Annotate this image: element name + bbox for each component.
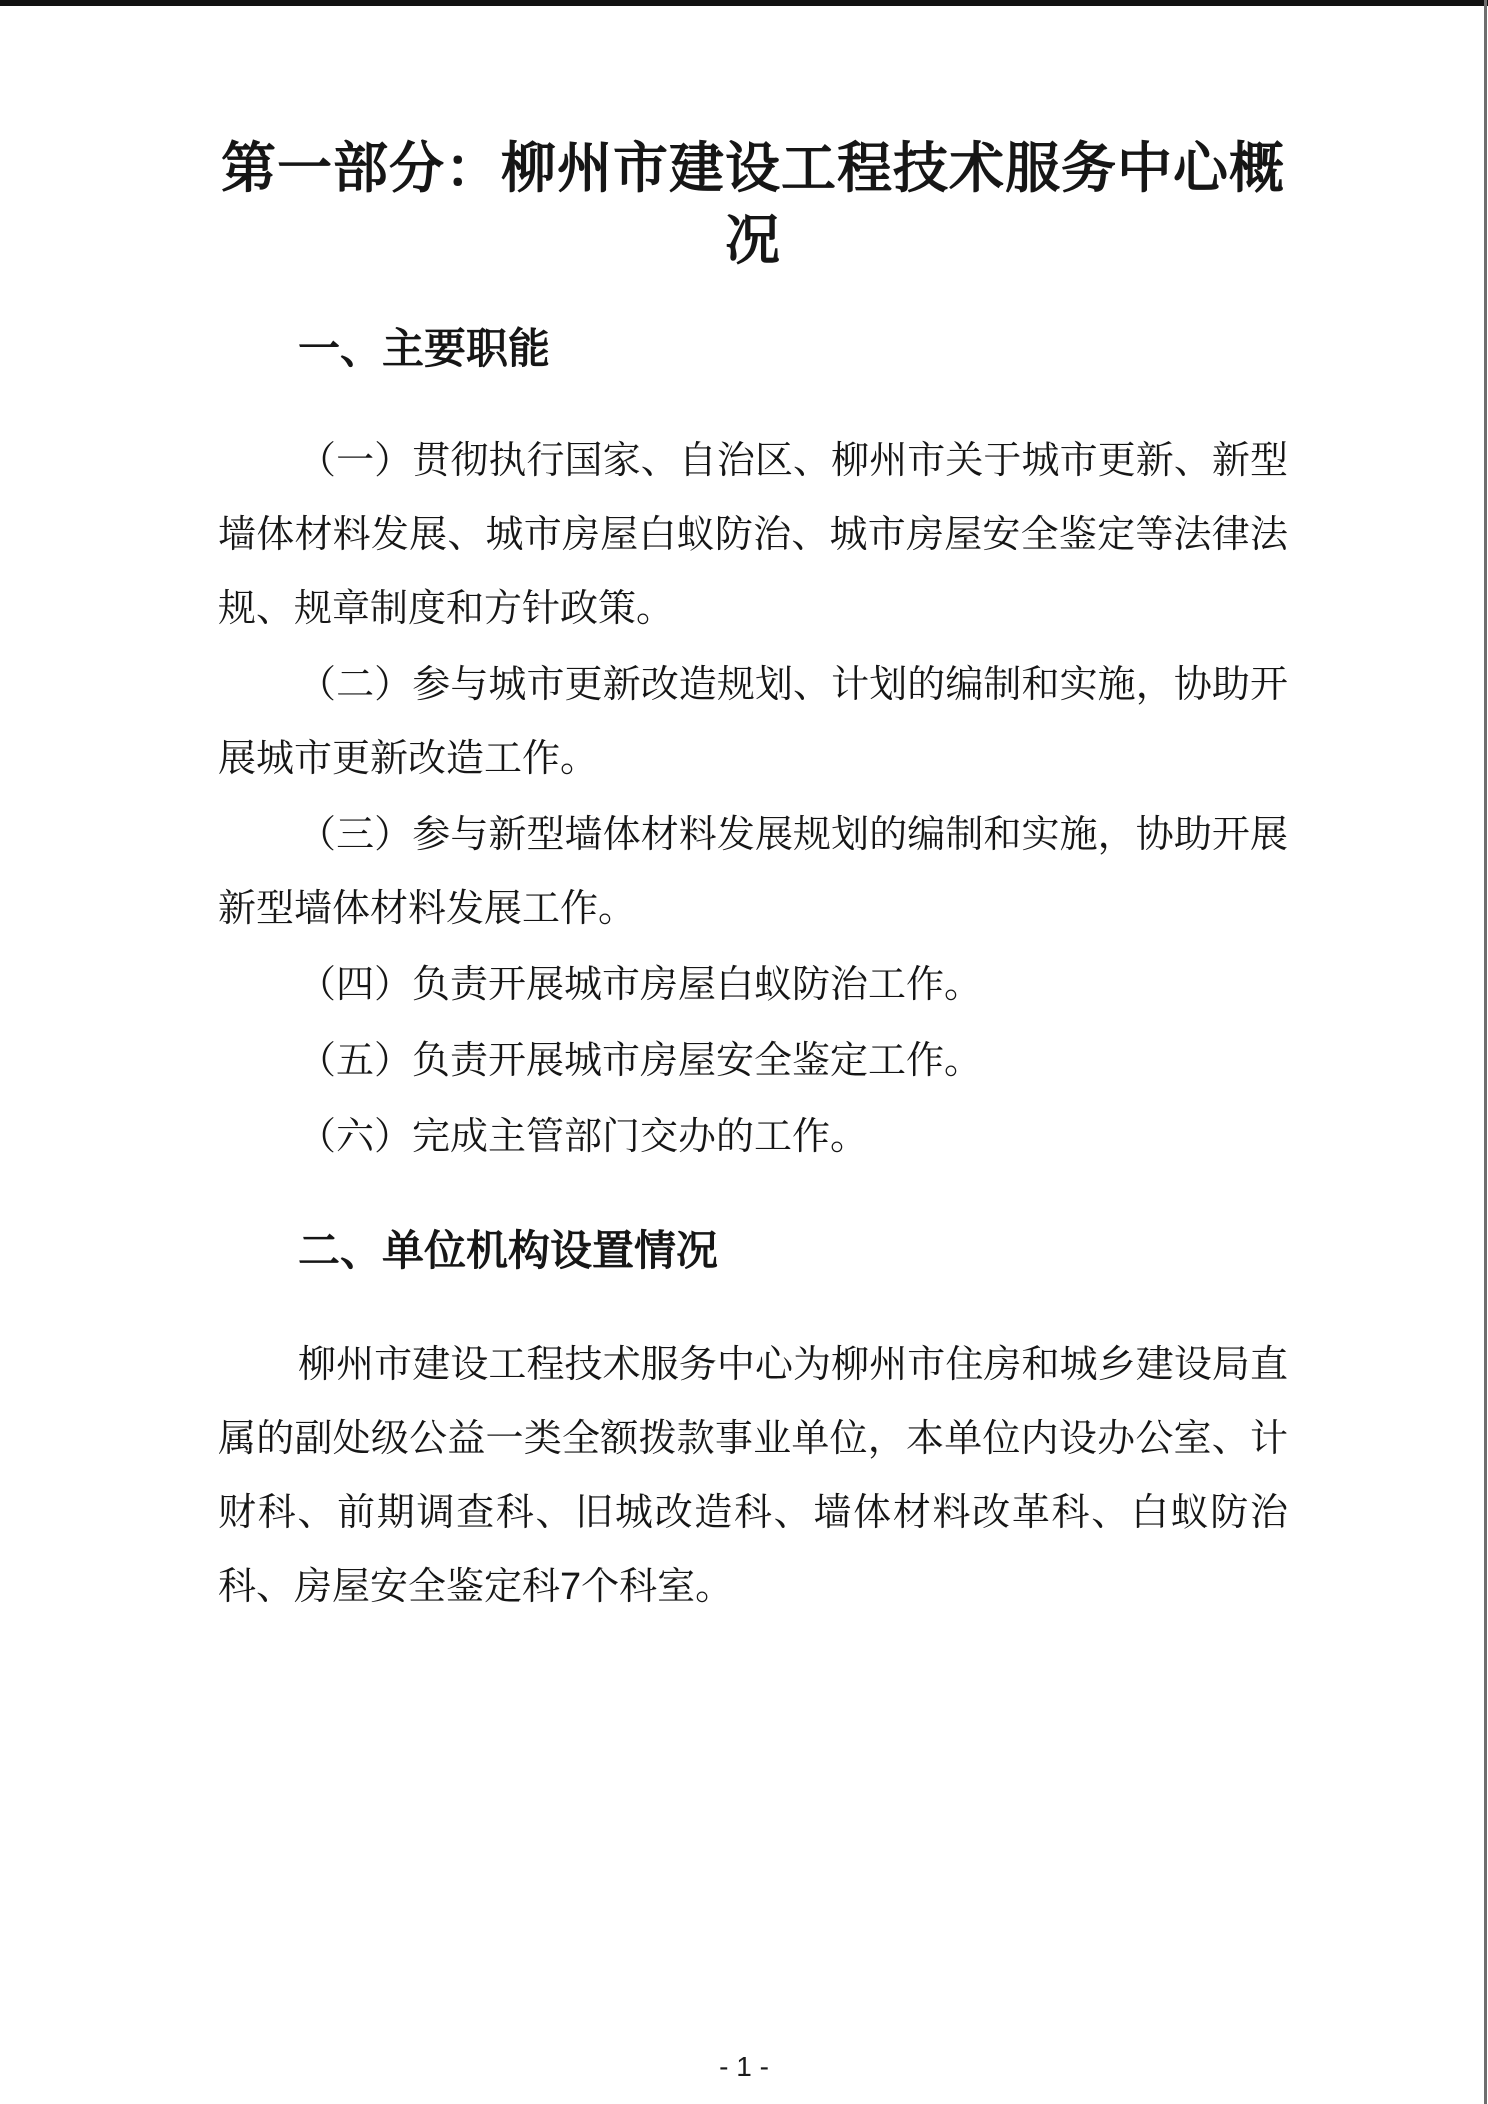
- sections: 一、主要职能（一）贯彻执行国家、自治区、柳州市关于城市更新、新型墙体材料发展、城…: [218, 320, 1288, 1624]
- scan-right-edge-line: [1484, 0, 1487, 2104]
- page-title: 第一部分：柳州市建设工程技术服务中心概况: [218, 132, 1288, 276]
- paragraph: （五）负责开展城市房屋安全鉴定工作。: [218, 1024, 1288, 1098]
- paragraph-line: 新型墙体材料发展工作。: [218, 872, 1288, 946]
- section-body: （一）贯彻执行国家、自治区、柳州市关于城市更新、新型墙体材料发展、城市房屋白蚁防…: [218, 424, 1288, 1174]
- paragraph-line: 柳州市建设工程技术服务中心为柳州市住房和城乡建设局直: [218, 1328, 1288, 1402]
- paragraph-line: 科、房屋安全鉴定科7个科室。: [218, 1550, 1288, 1624]
- page-content: 第一部分：柳州市建设工程技术服务中心概况 一、主要职能（一）贯彻执行国家、自治区…: [218, 0, 1288, 1624]
- paragraph-line: 墙体材料发展、城市房屋白蚁防治、城市房屋安全鉴定等法律法: [218, 498, 1288, 572]
- paragraph: （二）参与城市更新改造规划、计划的编制和实施，协助开展城市更新改造工作。: [218, 648, 1288, 796]
- paragraph: （六）完成主管部门交办的工作。: [218, 1100, 1288, 1174]
- document-page: 第一部分：柳州市建设工程技术服务中心概况 一、主要职能（一）贯彻执行国家、自治区…: [0, 0, 1488, 2104]
- paragraph-line: 规、规章制度和方针政策。: [218, 572, 1288, 646]
- page-number: - 1 -: [0, 2052, 1488, 2082]
- paragraph-line: 财科、前期调查科、旧城改造科、墙体材料改革科、白蚁防治: [218, 1476, 1288, 1550]
- page-title-line: 第一部分：柳州市建设工程技术服务中心概: [218, 132, 1288, 204]
- section-heading: 二、单位机构设置情况: [218, 1222, 1288, 1280]
- paragraph-line: （五）负责开展城市房屋安全鉴定工作。: [218, 1024, 1288, 1098]
- paragraph: 柳州市建设工程技术服务中心为柳州市住房和城乡建设局直属的副处级公益一类全额拨款事…: [218, 1328, 1288, 1624]
- paragraph-line: （三）参与新型墙体材料发展规划的编制和实施，协助开展: [218, 798, 1288, 872]
- page-title-line: 况: [218, 204, 1288, 276]
- paragraph-line: （六）完成主管部门交办的工作。: [218, 1100, 1288, 1174]
- section-body: 柳州市建设工程技术服务中心为柳州市住房和城乡建设局直属的副处级公益一类全额拨款事…: [218, 1328, 1288, 1624]
- paragraph-line: 属的副处级公益一类全额拨款事业单位，本单位内设办公室、计: [218, 1402, 1288, 1476]
- paragraph: （四）负责开展城市房屋白蚁防治工作。: [218, 948, 1288, 1022]
- paragraph-line: 展城市更新改造工作。: [218, 722, 1288, 796]
- paragraph-line: （二）参与城市更新改造规划、计划的编制和实施，协助开: [218, 648, 1288, 722]
- paragraph: （三）参与新型墙体材料发展规划的编制和实施，协助开展新型墙体材料发展工作。: [218, 798, 1288, 946]
- paragraph: （一）贯彻执行国家、自治区、柳州市关于城市更新、新型墙体材料发展、城市房屋白蚁防…: [218, 424, 1288, 646]
- section-heading: 一、主要职能: [218, 320, 1288, 378]
- paragraph-line: （一）贯彻执行国家、自治区、柳州市关于城市更新、新型: [218, 424, 1288, 498]
- paragraph-line: （四）负责开展城市房屋白蚁防治工作。: [218, 948, 1288, 1022]
